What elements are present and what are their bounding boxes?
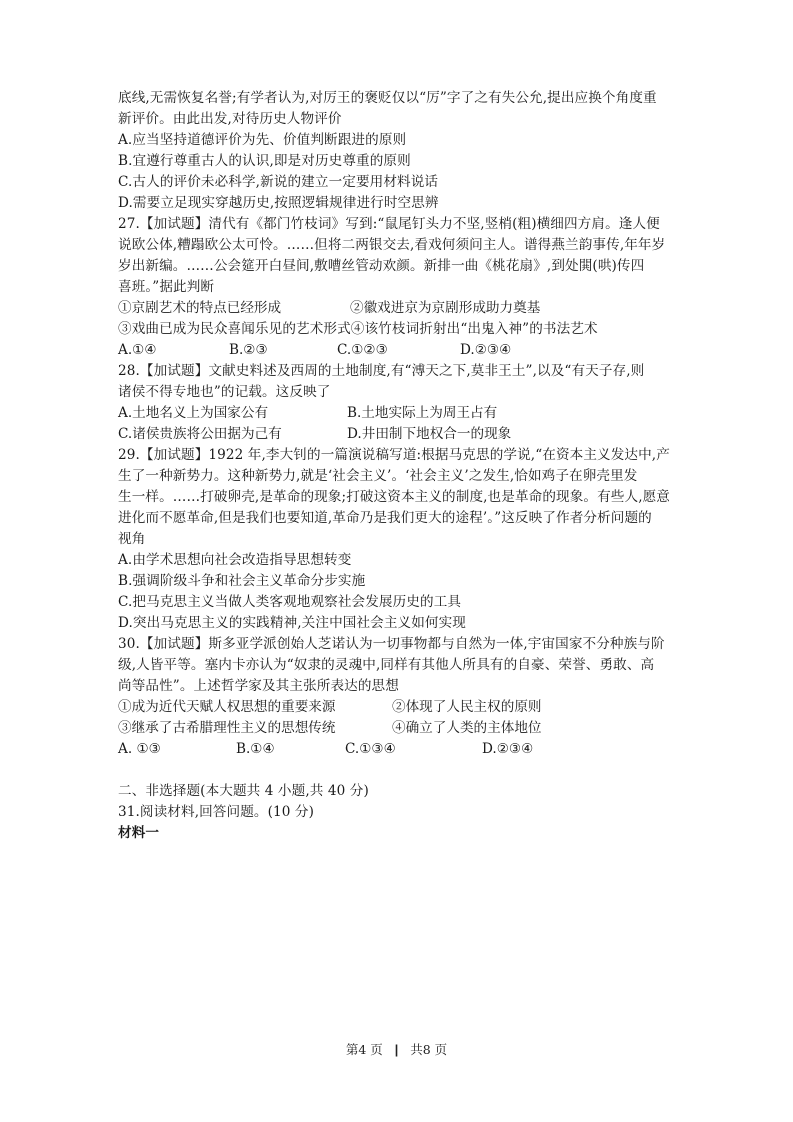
page-footer: 第4 页 | 共8 页	[0, 1040, 793, 1058]
question-text-line: 底线,无需恢复名誉;有学者认为,对厉王的褒贬仅以“厉”字了之有失公允,提出应换个…	[118, 88, 674, 109]
choices-row: C.诸侯贵族将公田据为己有 D.井田制下地权合一的现象	[118, 424, 674, 445]
question-26-continuation: 底线,无需恢复名誉;有学者认为,对厉王的褒贬仅以“厉”字了之有失公允,提出应换个…	[118, 88, 674, 214]
question-text-line: 进化而不愿革命,但是我们也要知道,革命乃是我们更大的途程’。”这反映了作者分析问…	[118, 508, 674, 529]
choices-row: A. ①③ B.①④ C.①③④ D.②③④	[118, 739, 674, 760]
question-text-line: 新评价。由此出发,对待历史人物评价	[118, 109, 674, 130]
question-text-line: 生一样。……打破卵壳,是革命的现象;打破这资本主义的制度,也是革命的现象。有些人…	[118, 487, 674, 508]
question-text-line: 30.【加试题】斯多亚学派创始人芝诺认为一切事物都与自然为一体,宇宙国家不分种族…	[118, 634, 674, 655]
choice-b: B.宜遵行尊重古人的认识,即是对历史尊重的原则	[118, 151, 674, 172]
spacer	[118, 760, 674, 781]
question-31-prompt: 31.阅读材料,回答问题。(10 分)	[118, 802, 674, 823]
question-text-line: 29.【加试题】1922 年,李大钊的一篇演说稿写道:根据马克思的学说,“在资本…	[118, 445, 674, 466]
choices-row: A.①④ B.②③ C.①②③ D.②③④	[118, 340, 674, 361]
choice-b: B.②③	[229, 340, 268, 361]
footer-separator: |	[395, 1043, 399, 1057]
choice-c: C.把马克思主义当做人类客观地观察社会发展历史的工具	[118, 592, 674, 613]
total-pages: 共8 页	[410, 1042, 447, 1057]
statement-row: ①京剧艺术的特点已经形成 ②徽戏进京为京剧形成助力奠基	[118, 298, 674, 319]
choice-d: D.突出马克思主义的实践精神,关注中国社会主义如何实现	[118, 613, 674, 634]
choice-a: A.①④	[118, 340, 157, 361]
question-text-line: 诸侯不得专地也”的记载。这反映了	[118, 382, 674, 403]
statement-2: ②徽戏进京为京剧形成助力奠基	[350, 298, 540, 319]
choice-c: C.诸侯贵族将公田据为己有	[118, 424, 282, 445]
choice-d: D.②③④	[482, 739, 533, 760]
question-text-line: 28.【加试题】文献史料述及西周的土地制度,有“溥天之下,莫非王土”,以及“有天…	[118, 361, 674, 382]
choice-b: B.强调阶级斗争和社会主义革命分步实施	[118, 571, 674, 592]
statement-2: ②体现了人民主权的原则	[392, 697, 542, 718]
choice-a: A.土地名义上为国家公有	[118, 403, 268, 424]
question-27: 27.【加试题】清代有《都门竹枝词》写到:“鼠尾钉头力不坚,竖梢(粗)横细四方肩…	[118, 214, 674, 361]
current-page: 第4 页	[346, 1042, 383, 1057]
question-text-line: 视角	[118, 529, 674, 550]
question-28: 28.【加试题】文献史料述及西周的土地制度,有“溥天之下,莫非王土”,以及“有天…	[118, 361, 674, 445]
choice-d: D.需要立足现实穿越历史,按照逻辑规律进行时空思辨	[118, 193, 674, 214]
question-text-line: 说欧公体,糟蹋欧公太可怜。……但将二两银交去,看戏何须问主人。谱得燕兰韵事传,年…	[118, 235, 674, 256]
statement-3: ③继承了古希腊理性主义的思想传统	[118, 718, 336, 739]
choice-c: C.①②③	[337, 340, 388, 361]
choice-b: B.土地实际上为周王占有	[347, 403, 497, 424]
choice-c: C.古人的评价未必科学,新说的建立一定要用材料说话	[118, 172, 674, 193]
question-text-line: 27.【加试题】清代有《都门竹枝词》写到:“鼠尾钉头力不坚,竖梢(粗)横细四方肩…	[118, 214, 674, 235]
question-text-line: 级,人皆平等。塞内卡亦认为“奴隶的灵魂中,同样有其他人所具有的自豪、荣誉、勇敢、…	[118, 655, 674, 676]
question-29: 29.【加试题】1922 年,李大钊的一篇演说稿写道:根据马克思的学说,“在资本…	[118, 445, 674, 634]
question-text-line: 尚等品性”。上述哲学家及其主张所表达的思想	[118, 676, 674, 697]
question-text-line: 生了一种新势力。这种新势力,就是‘社会主义’。‘社会主义’之发生,恰如鸡子在卵壳…	[118, 466, 674, 487]
statement-1: ①成为近代天赋人权思想的重要来源	[118, 697, 336, 718]
choices-row: A.土地名义上为国家公有 B.土地实际上为周王占有	[118, 403, 674, 424]
choice-a: A.应当坚持道德评价为先、价值判断跟进的原则	[118, 130, 674, 151]
choice-d: D.②③④	[460, 340, 511, 361]
choice-b: B.①④	[236, 739, 275, 760]
statement-row: ①成为近代天赋人权思想的重要来源 ②体现了人民主权的原则	[118, 697, 674, 718]
section-heading: 二、非选择题(本大题共 4 小题,共 40 分)	[118, 781, 674, 802]
exam-page: 底线,无需恢复名誉;有学者认为,对厉王的褒贬仅以“厉”字了之有失公允,提出应换个…	[118, 88, 674, 844]
question-text-line: 岁出新编。……公会筵开白昼间,敷嘈丝管动欢颜。新排一曲《桃花扇》,到处閧(哄)传…	[118, 256, 674, 277]
question-text-line: 喜班。”据此判断	[118, 277, 674, 298]
material-label: 材料一	[118, 823, 674, 844]
choice-a: A. ①③	[118, 739, 161, 760]
question-30: 30.【加试题】斯多亚学派创始人芝诺认为一切事物都与自然为一体,宇宙国家不分种族…	[118, 634, 674, 760]
section-2: 二、非选择题(本大题共 4 小题,共 40 分) 31.阅读材料,回答问题。(1…	[118, 781, 674, 844]
statement-1: ①京剧艺术的特点已经形成	[118, 298, 281, 319]
choice-a: A.由学术思想向社会改造指导思想转变	[118, 550, 674, 571]
statement-row: ③继承了古希腊理性主义的思想传统 ④确立了人类的主体地位	[118, 718, 674, 739]
choice-d: D.井田制下地权合一的现象	[347, 424, 511, 445]
choice-c: C.①③④	[345, 739, 396, 760]
statement-4: ④确立了人类的主体地位	[392, 718, 542, 739]
statement-row: ③戏曲已成为民众喜闻乐见的艺术形式④该竹枝词折射出“出鬼入神”的书法艺术	[118, 319, 674, 340]
